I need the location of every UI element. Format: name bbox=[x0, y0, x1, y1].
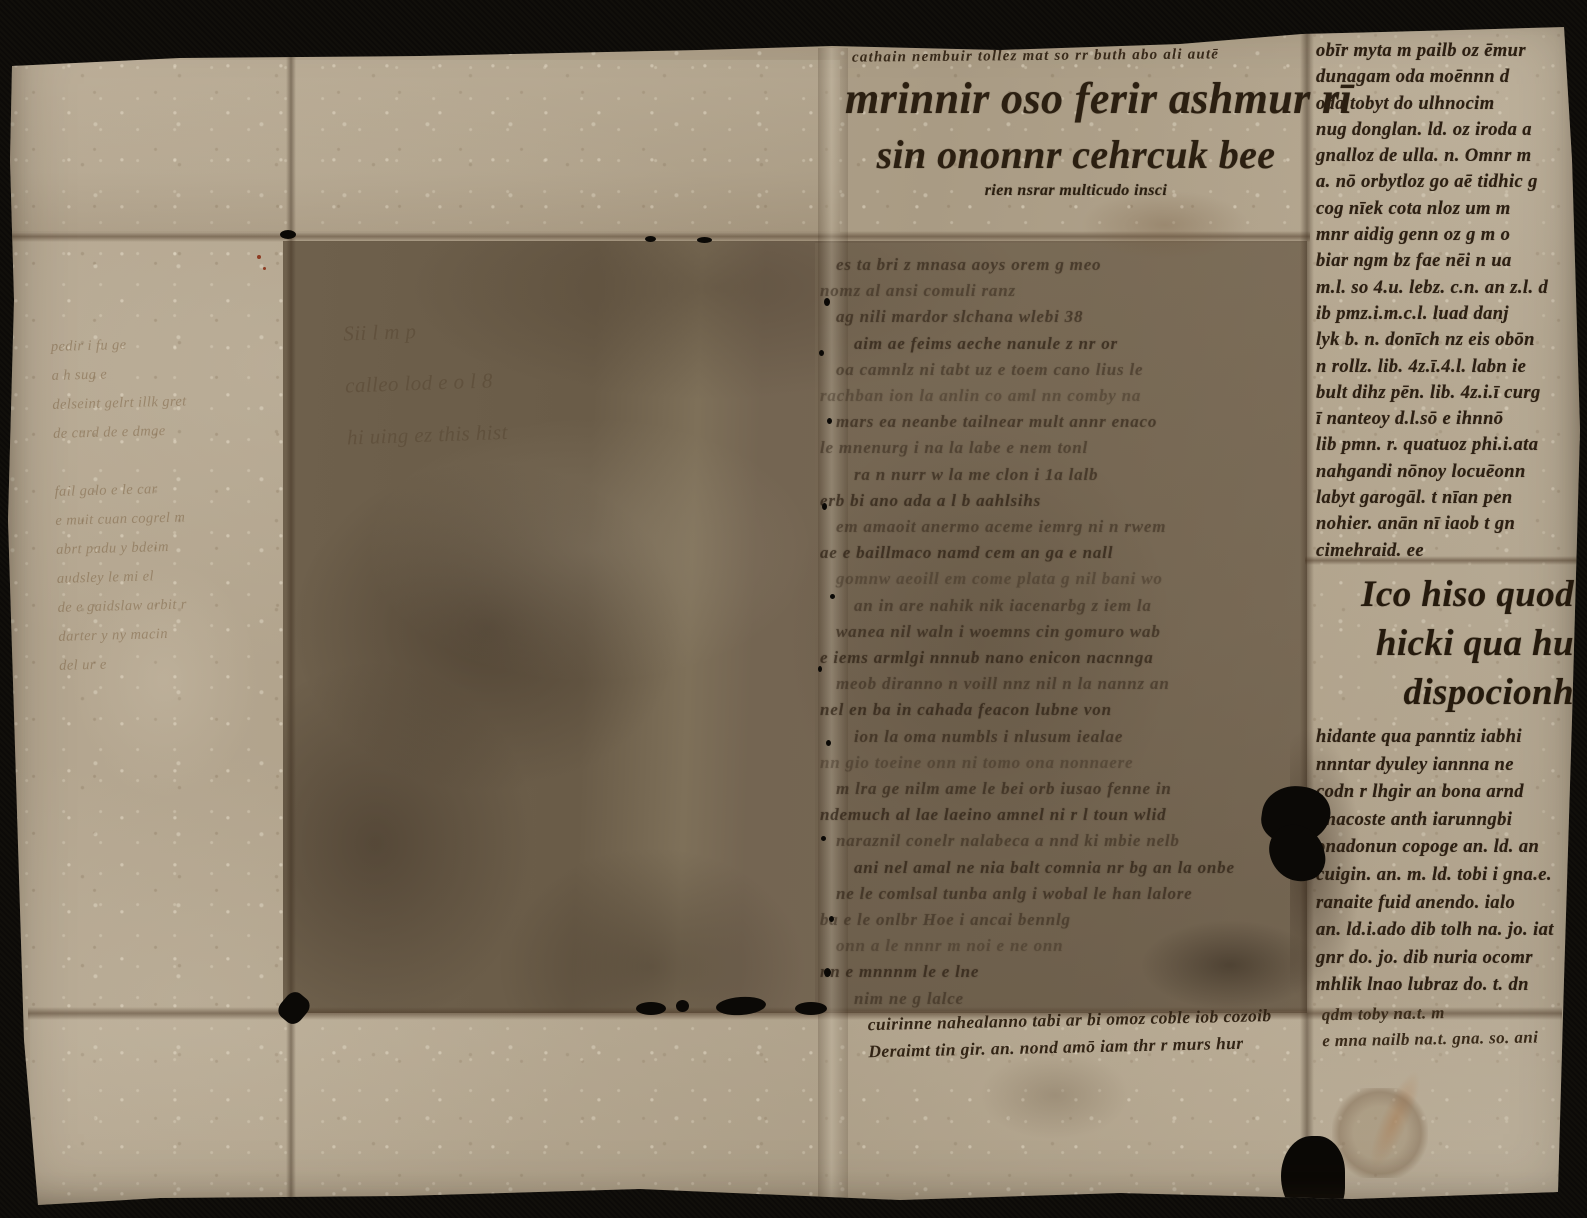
edge-shadow bbox=[0, 0, 1587, 1218]
parchment-sheet: cathain nembuir tollez mat so rr buth ab… bbox=[0, 0, 1587, 1218]
manuscript-photo: cathain nembuir tollez mat so rr buth ab… bbox=[0, 0, 1587, 1218]
